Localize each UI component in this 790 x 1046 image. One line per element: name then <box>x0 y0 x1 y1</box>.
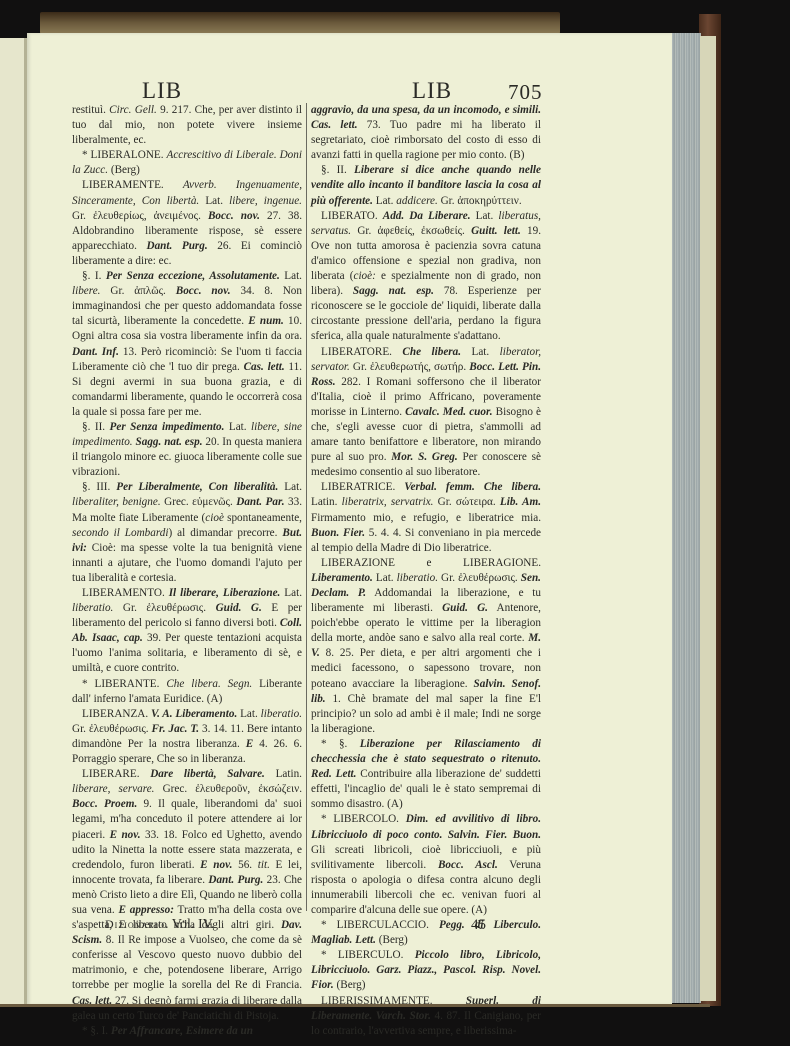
dictionary-entry: §. I. Per Senza eccezione, Assolutamente… <box>72 269 302 420</box>
dictionary-entry: * LIBERANTE. Che libera. Segn. Liberante… <box>72 677 302 707</box>
dictionary-entry: LIBERARE. Dare libertà, Salvare. Latin. … <box>72 767 302 1024</box>
running-head-left: LIB <box>142 78 182 104</box>
dictionary-entry: restituì. Circ. Gell. 9. 217. Che, per a… <box>72 103 302 148</box>
dictionary-entry: §. II. Liberare si dice anche quando nel… <box>311 163 541 208</box>
footer-volume: Dizionario. Vol. IV. <box>105 917 214 933</box>
dictionary-entry: LIBERAMENTE. Avverb. Ingenuamente, Since… <box>72 178 302 269</box>
dictionary-entry: LIBERATRICE. Verbal. femm. Che libera. L… <box>311 480 541 555</box>
right-column: aggravio, da una spesa, da un incomodo, … <box>311 103 541 1039</box>
footer-volume-number: . Vol. IV. <box>165 917 214 932</box>
dictionary-entry: * §. Liberazione per Rilasciamento di ch… <box>311 737 541 812</box>
signature-mark: 45 <box>471 917 486 934</box>
running-head-right: LIB <box>412 78 452 104</box>
dictionary-entry: §. II. Per Senza impedimento. Lat. liber… <box>72 420 302 480</box>
endpaper-edge <box>700 36 716 1001</box>
dictionary-entry: LIBERISSIMAMENTE. Superl. di Liberamente… <box>311 994 541 1039</box>
dictionary-entry: LIBERANZA. V. A. Liberamento. Lat. liber… <box>72 707 302 767</box>
dictionary-entry: §. III. Per Liberalmente, Con liberalità… <box>72 480 302 586</box>
dictionary-entry: LIBERATO. Add. Da Liberare. Lat. liberat… <box>311 209 541 345</box>
column-divider <box>306 103 307 911</box>
facing-page-sliver <box>0 38 26 1005</box>
dictionary-entry: * LIBERCULACCIO. Pegg. di Liberculo. Mag… <box>311 918 541 948</box>
page-number: 705 <box>508 80 543 105</box>
dictionary-entry: LIBERAMENTO. Il liberare, Liberazione. L… <box>72 586 302 677</box>
book-cover-top-edge <box>40 12 560 34</box>
book-bottom-edge <box>0 1004 710 1007</box>
dictionary-entry: aggravio, da una spesa, da un incomodo, … <box>311 103 541 163</box>
dictionary-entry: * LIBERALONE. Accrescitivo di Liberale. … <box>72 148 302 178</box>
left-column: restituì. Circ. Gell. 9. 217. Che, per a… <box>72 103 302 1039</box>
dictionary-entry: * §. I. Per Affrancare, Esimere da un <box>72 1024 302 1039</box>
dictionary-entry: LIBERAZIONE e LIBERAGIONE. Liberamento. … <box>311 556 541 737</box>
dictionary-entry: * LIBERCOLO. Dim. ed avvilitivo di libro… <box>311 812 541 918</box>
footer-volume-label: Dizionario <box>105 917 165 931</box>
dictionary-entry: * LIBERCULO. Piccolo libro, Libricolo, L… <box>311 948 541 993</box>
dictionary-entry: LIBERATORE. Che libera. Lat. liberator, … <box>311 345 541 481</box>
page-block-edges <box>671 33 701 1003</box>
